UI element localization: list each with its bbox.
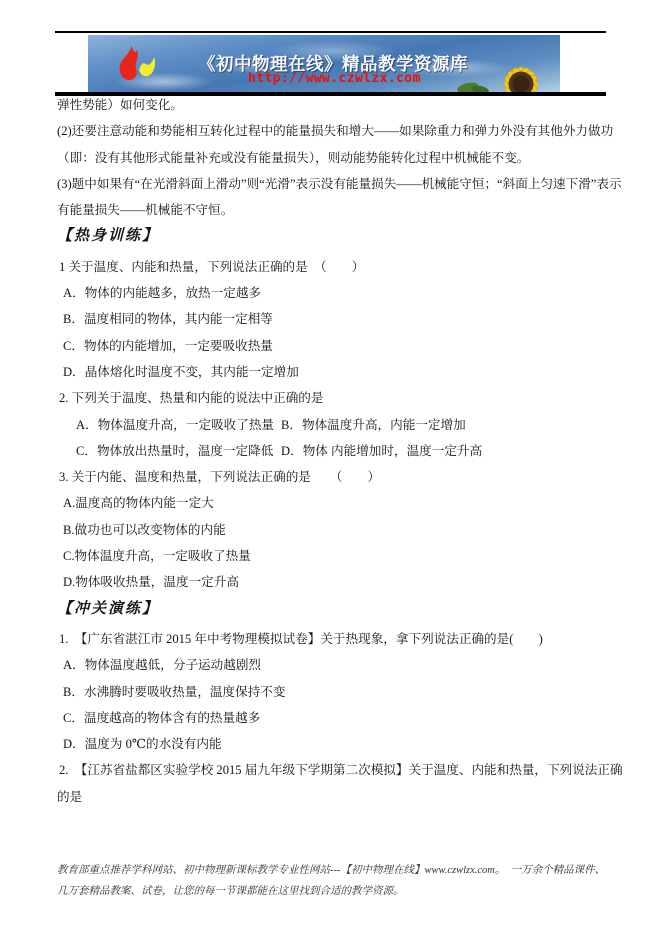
option-item: B．温度相同的物体，其内能一定相等 bbox=[57, 306, 613, 332]
option-item: B．水沸腾时要吸收热量，温度保持不变 bbox=[57, 679, 613, 705]
question-stem-continued: 的是 bbox=[57, 784, 613, 810]
intro-line: （即：没有其他形式能量补充或没有能量损失），则动能势能转化过程中机械能不变。 bbox=[57, 145, 613, 171]
footer-note-line: 几万套精品教案、试卷，让您的每一节课都能在这里找到合适的教学资源。 bbox=[57, 881, 657, 902]
option-item: A.温度高的物体内能一定大 bbox=[57, 490, 613, 516]
check-icon bbox=[139, 57, 155, 76]
option-item: D.物体吸收热量，温度一定升高 bbox=[57, 569, 613, 595]
question-stem: 1 关于温度、内能和热量，下列说法正确的是 （ ） bbox=[57, 254, 613, 280]
leaves-image bbox=[456, 77, 490, 92]
footer-note-line: 教育部重点推荐学科网站、初中物理新课标教学专业性网站---【初中物理在线】www… bbox=[57, 860, 657, 881]
sunflower-image bbox=[486, 49, 556, 92]
option-item: B.做功也可以改变物体的内能 bbox=[57, 517, 613, 543]
option-row: A．物体温度升高，一定吸收了热量B．物体温度升高，内能一定增加 bbox=[57, 412, 613, 438]
section-heading-warmup: 【热身训练】 bbox=[57, 223, 613, 249]
footer-note: 教育部重点推荐学科网站、初中物理新课标教学专业性网站---【初中物理在线】www… bbox=[57, 860, 657, 902]
option-item: D．温度为 0℃的水没有内能 bbox=[57, 731, 613, 757]
option-item: C．物体的内能增加，一定要吸收热量 bbox=[57, 333, 613, 359]
intro-line: 有能量损失——机械能不守恒。 bbox=[57, 197, 613, 223]
option-item: C．物体放出热量时，温度一定降低 bbox=[76, 438, 281, 464]
option-item: D．晶体熔化时温度不变，其内能一定增加 bbox=[57, 359, 613, 385]
flame-icon bbox=[120, 45, 138, 80]
option-item: D．物体 内能增加时，温度一定升高 bbox=[281, 444, 482, 458]
option-item: B．物体温度升高，内能一定增加 bbox=[281, 418, 466, 432]
option-item: C．温度越高的物体含有的热量越多 bbox=[57, 705, 613, 731]
option-item: A．物体温度升高，一定吸收了热量 bbox=[76, 412, 281, 438]
question-stem: 1. 【广东省湛江市 2015 年中考物理模拟试卷】关于热现象，拿下列说法正确的… bbox=[57, 626, 613, 652]
document-body: 弹性势能）如何变化。 (2)还要注意动能和势能相互转化过程中的能量损失和增大——… bbox=[57, 92, 613, 810]
intro-line: 弹性势能）如何变化。 bbox=[57, 92, 613, 118]
document-page: 《初中物理在线》精品教学资源库 http://www.czwlzx.com bbox=[0, 0, 661, 936]
banner-url-link[interactable]: http://www.czwlzx.com bbox=[248, 71, 421, 86]
option-row: C．物体放出热量时，温度一定降低D．物体 内能增加时，温度一定升高 bbox=[57, 438, 613, 464]
question-stem: 3. 关于内能、温度和热量，下列说法正确的是 （ ） bbox=[57, 464, 613, 490]
option-item: A．物体的内能越多，放热一定越多 bbox=[57, 280, 613, 306]
header-banner: 《初中物理在线》精品教学资源库 http://www.czwlzx.com bbox=[88, 35, 560, 92]
header-rule-top bbox=[55, 31, 606, 33]
question-stem: 2. 【江苏省盐都区实验学校 2015 届九年级下学期第二次模拟】关于温度、内能… bbox=[57, 757, 613, 783]
option-item: C.物体温度升高，一定吸收了热量 bbox=[57, 543, 613, 569]
brand-logo-icon bbox=[114, 44, 162, 84]
section-heading-challenge: 【冲关演练】 bbox=[57, 596, 613, 622]
option-item: A．物体温度越低，分子运动越剧烈 bbox=[57, 652, 613, 678]
intro-line: (3)题中如果有“在光滑斜面上滑动”则“光滑”表示没有能量损失——机械能守恒；“… bbox=[57, 171, 613, 197]
question-stem: 2. 下列关于温度、热量和内能的说法中正确的是 bbox=[57, 385, 613, 411]
intro-line: (2)还要注意动能和势能相互转化过程中的能量损失和增大——如果除重力和弹力外没有… bbox=[57, 118, 613, 144]
